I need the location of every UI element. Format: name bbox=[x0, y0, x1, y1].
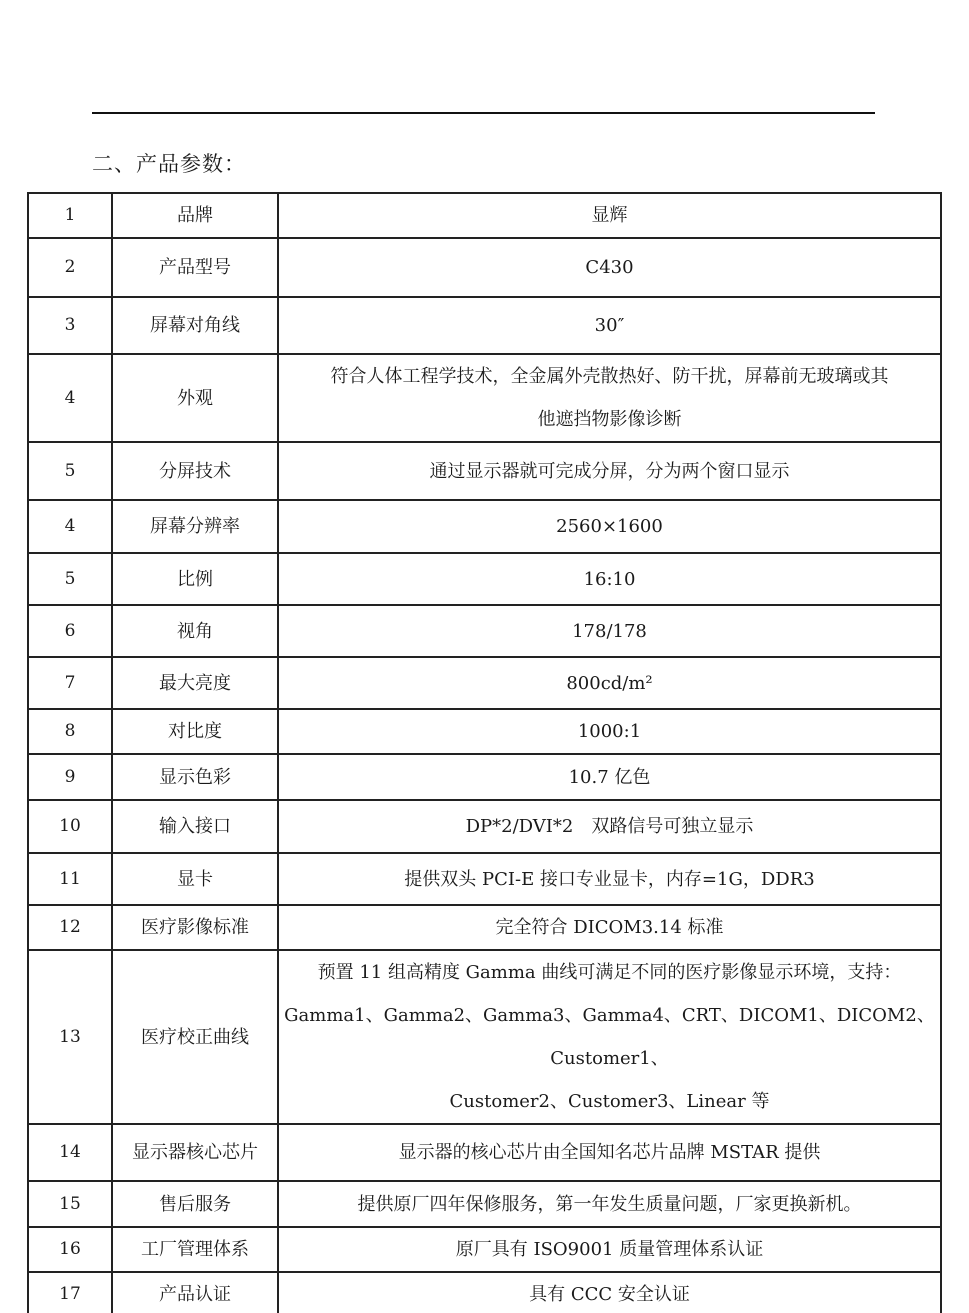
param-value: 提供原厂四年保修服务，第一年发生质量问题，厂家更换新机。 bbox=[278, 1181, 941, 1227]
param-name: 对比度 bbox=[112, 709, 278, 754]
param-name: 产品认证 bbox=[112, 1272, 278, 1313]
param-value: 原厂具有 ISO9001 质量管理体系认证 bbox=[278, 1227, 941, 1272]
param-value-line: 10.7 亿色 bbox=[281, 756, 938, 799]
table-row: 3屏幕对角线30″ bbox=[28, 297, 941, 354]
param-name: 输入接口 bbox=[112, 800, 278, 853]
param-name: 品牌 bbox=[112, 193, 278, 238]
param-name: 医疗影像标准 bbox=[112, 905, 278, 950]
row-number: 12 bbox=[28, 905, 112, 950]
section-title: 二、产品参数： bbox=[92, 148, 246, 178]
param-value-line: DP*2/DVI*2 双路信号可独立显示 bbox=[281, 805, 938, 848]
param-value: 800cd/m² bbox=[278, 657, 941, 709]
param-value-line: C430 bbox=[281, 246, 938, 289]
row-number: 17 bbox=[28, 1272, 112, 1313]
param-name: 分屏技术 bbox=[112, 442, 278, 500]
row-number: 9 bbox=[28, 754, 112, 800]
row-number: 14 bbox=[28, 1124, 112, 1181]
param-value: 2560×1600 bbox=[278, 500, 941, 553]
param-value: 178/178 bbox=[278, 605, 941, 657]
product-params-table: 1品牌显辉2产品型号C4303屏幕对角线30″4外观符合人体工程学技术，全金属外… bbox=[27, 192, 942, 1313]
table-row: 11显卡提供双头 PCI-E 接口专业显卡，内存=1G，DDR3 bbox=[28, 853, 941, 905]
table-row: 2产品型号C430 bbox=[28, 238, 941, 297]
param-value: 预置 11 组高精度 Gamma 曲线可满足不同的医疗影像显示环境，支持：Gam… bbox=[278, 950, 941, 1124]
row-number: 5 bbox=[28, 553, 112, 605]
param-value: 提供双头 PCI-E 接口专业显卡，内存=1G，DDR3 bbox=[278, 853, 941, 905]
table-row: 5分屏技术通过显示器就可完成分屏，分为两个窗口显示 bbox=[28, 442, 941, 500]
param-value-line: 提供原厂四年保修服务，第一年发生质量问题，厂家更换新机。 bbox=[281, 1183, 938, 1226]
param-name: 屏幕分辨率 bbox=[112, 500, 278, 553]
param-value-line: 完全符合 DICOM3.14 标准 bbox=[281, 906, 938, 949]
param-value: 30″ bbox=[278, 297, 941, 354]
param-value-line: 原厂具有 ISO9001 质量管理体系认证 bbox=[281, 1228, 938, 1271]
param-name: 显示色彩 bbox=[112, 754, 278, 800]
param-name: 最大亮度 bbox=[112, 657, 278, 709]
table-row: 16工厂管理体系原厂具有 ISO9001 质量管理体系认证 bbox=[28, 1227, 941, 1272]
table-row: 4屏幕分辨率2560×1600 bbox=[28, 500, 941, 553]
param-value: C430 bbox=[278, 238, 941, 297]
param-value: 显辉 bbox=[278, 193, 941, 238]
param-value-line: 预置 11 组高精度 Gamma 曲线可满足不同的医疗影像显示环境，支持： bbox=[281, 951, 938, 994]
table-row: 8对比度1000:1 bbox=[28, 709, 941, 754]
table-row: 5比例16:10 bbox=[28, 553, 941, 605]
table-row: 17产品认证具有 CCC 安全认证 bbox=[28, 1272, 941, 1313]
row-number: 1 bbox=[28, 193, 112, 238]
param-name: 工厂管理体系 bbox=[112, 1227, 278, 1272]
param-value-line: 具有 CCC 安全认证 bbox=[281, 1273, 938, 1313]
table-row: 7最大亮度800cd/m² bbox=[28, 657, 941, 709]
param-value: 符合人体工程学技术，全金属外壳散热好、防干扰，屏幕前无玻璃或其他遮挡物影像诊断 bbox=[278, 354, 941, 442]
row-number: 5 bbox=[28, 442, 112, 500]
param-value: 通过显示器就可完成分屏，分为两个窗口显示 bbox=[278, 442, 941, 500]
table-row: 13医疗校正曲线预置 11 组高精度 Gamma 曲线可满足不同的医疗影像显示环… bbox=[28, 950, 941, 1124]
param-value: 具有 CCC 安全认证 bbox=[278, 1272, 941, 1313]
param-value-line: 16:10 bbox=[281, 558, 938, 601]
param-name: 视角 bbox=[112, 605, 278, 657]
param-value-line: 1000:1 bbox=[281, 710, 938, 753]
row-number: 15 bbox=[28, 1181, 112, 1227]
param-value-line: 显辉 bbox=[281, 194, 938, 237]
table-row: 12医疗影像标准完全符合 DICOM3.14 标准 bbox=[28, 905, 941, 950]
row-number: 3 bbox=[28, 297, 112, 354]
param-value-line: 30″ bbox=[281, 304, 938, 347]
table-row: 9显示色彩10.7 亿色 bbox=[28, 754, 941, 800]
param-value-line: 他遮挡物影像诊断 bbox=[281, 398, 938, 441]
row-number: 13 bbox=[28, 950, 112, 1124]
param-name: 医疗校正曲线 bbox=[112, 950, 278, 1124]
param-value: 显示器的核心芯片由全国知名芯片品牌 MSTAR 提供 bbox=[278, 1124, 941, 1181]
param-name: 外观 bbox=[112, 354, 278, 442]
row-number: 11 bbox=[28, 853, 112, 905]
param-value: 完全符合 DICOM3.14 标准 bbox=[278, 905, 941, 950]
table-row: 14显示器核心芯片显示器的核心芯片由全国知名芯片品牌 MSTAR 提供 bbox=[28, 1124, 941, 1181]
row-number: 6 bbox=[28, 605, 112, 657]
table-row: 10输入接口DP*2/DVI*2 双路信号可独立显示 bbox=[28, 800, 941, 853]
param-name: 显示器核心芯片 bbox=[112, 1124, 278, 1181]
table-row: 4外观符合人体工程学技术，全金属外壳散热好、防干扰，屏幕前无玻璃或其他遮挡物影像… bbox=[28, 354, 941, 442]
param-value: 10.7 亿色 bbox=[278, 754, 941, 800]
param-name: 比例 bbox=[112, 553, 278, 605]
param-name: 产品型号 bbox=[112, 238, 278, 297]
param-value-line: 通过显示器就可完成分屏，分为两个窗口显示 bbox=[281, 450, 938, 493]
param-name: 屏幕对角线 bbox=[112, 297, 278, 354]
table-row: 15售后服务提供原厂四年保修服务，第一年发生质量问题，厂家更换新机。 bbox=[28, 1181, 941, 1227]
row-number: 2 bbox=[28, 238, 112, 297]
table-row: 6视角178/178 bbox=[28, 605, 941, 657]
param-value-line: 178/178 bbox=[281, 610, 938, 653]
row-number: 7 bbox=[28, 657, 112, 709]
param-value-line: 提供双头 PCI-E 接口专业显卡，内存=1G，DDR3 bbox=[281, 858, 938, 901]
param-value-line: 800cd/m² bbox=[281, 662, 938, 705]
param-value-line: 符合人体工程学技术，全金属外壳散热好、防干扰，屏幕前无玻璃或其 bbox=[281, 355, 938, 398]
param-value-line: Gamma1、Gamma2、Gamma3、Gamma4、CRT、DICOM1、D… bbox=[281, 994, 938, 1080]
row-number: 4 bbox=[28, 500, 112, 553]
row-number: 10 bbox=[28, 800, 112, 853]
row-number: 4 bbox=[28, 354, 112, 442]
param-name: 售后服务 bbox=[112, 1181, 278, 1227]
param-value-line: Customer2、Customer3、Linear 等 bbox=[281, 1080, 938, 1123]
param-value: DP*2/DVI*2 双路信号可独立显示 bbox=[278, 800, 941, 853]
param-value: 1000:1 bbox=[278, 709, 941, 754]
param-value-line: 2560×1600 bbox=[281, 505, 938, 548]
header-rule bbox=[92, 112, 875, 114]
param-name: 显卡 bbox=[112, 853, 278, 905]
table-row: 1品牌显辉 bbox=[28, 193, 941, 238]
row-number: 8 bbox=[28, 709, 112, 754]
param-value: 16:10 bbox=[278, 553, 941, 605]
param-value-line: 显示器的核心芯片由全国知名芯片品牌 MSTAR 提供 bbox=[281, 1131, 938, 1174]
row-number: 16 bbox=[28, 1227, 112, 1272]
